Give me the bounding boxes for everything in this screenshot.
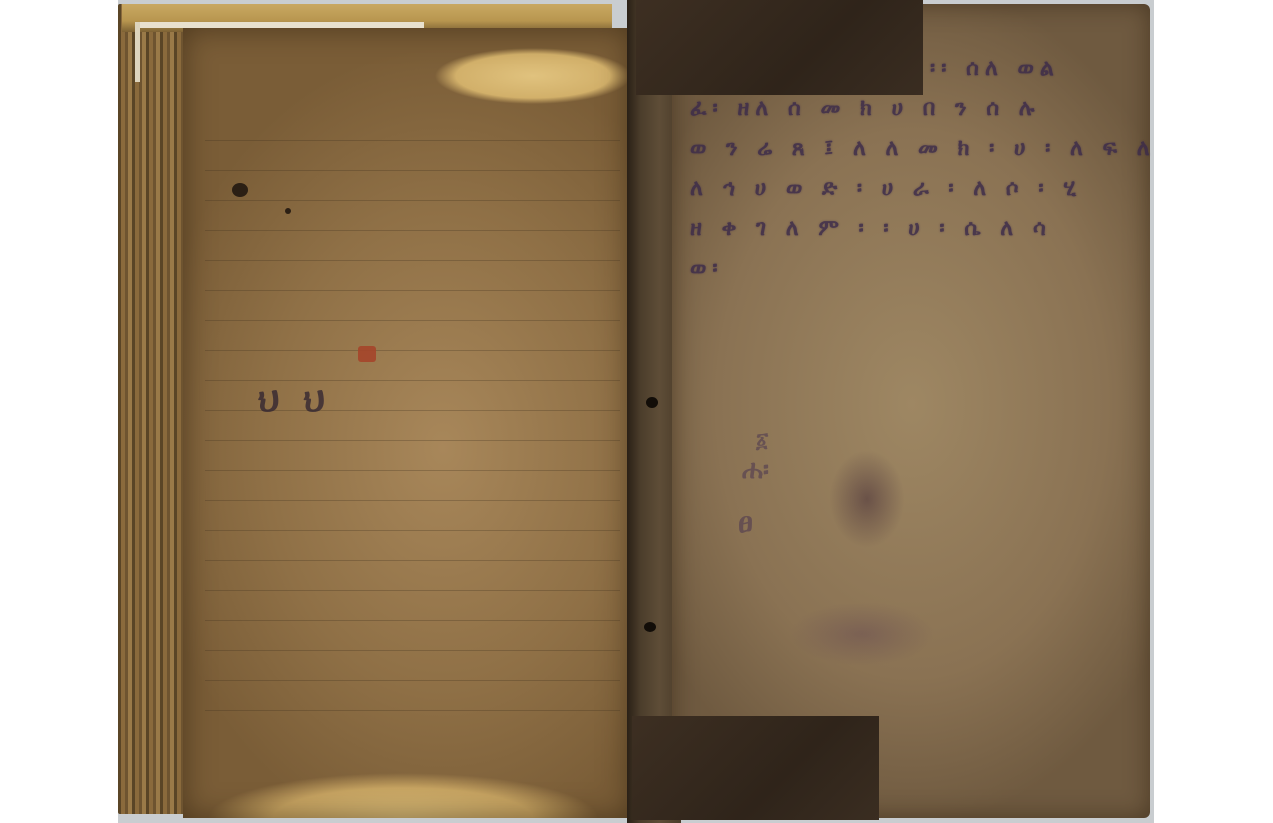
ruling-line — [205, 650, 620, 651]
sewing-hole — [646, 397, 658, 408]
ruling-line — [205, 350, 620, 351]
rubric-mark — [358, 346, 376, 362]
ruling-line — [205, 560, 620, 561]
quire-mark: ህህ — [258, 380, 349, 420]
text-line: ወ፡ — [690, 255, 1110, 289]
ruling-line — [205, 320, 620, 321]
ruling-line — [205, 140, 620, 141]
ruling-line — [205, 200, 620, 201]
ruling-line — [205, 680, 620, 681]
ruling-line — [205, 620, 620, 621]
left-page — [183, 28, 630, 818]
page-edge-highlight-vertical — [135, 22, 140, 82]
ruling-line — [205, 290, 620, 291]
ruling-line — [205, 260, 620, 261]
ruling-line — [205, 230, 620, 231]
text-line: ፈ፡ ዘለ ሰ መ ክ ሀ በ ን ሰ ሉ — [690, 95, 1110, 129]
ruling-line — [205, 710, 620, 711]
ink-stain — [232, 183, 248, 197]
text-line: ፡፡ ሰለ ወል — [690, 55, 1110, 89]
sewing-hole — [644, 622, 656, 632]
parchment-repair-patch-bottom — [632, 716, 879, 820]
text-line: ለ ኅ ሀ ወ ድ ፡ ሀ ራ ፡ ለ ሶ ፡ ሂ — [690, 175, 1110, 209]
manuscript-photo: ህህ ፡፡ ሰለ ወል ፈ፡ ዘለ ሰ መ ክ ሀ በ ን ሰ ሉ ወ ን ሬ … — [0, 0, 1273, 823]
text-line: ወ ን ሬ ጸ ፤ ለ ለ መ ክ ፡ ሀ ፡ ለ ፍ ለ — [690, 135, 1110, 169]
text-line: ዘ ቀ ገ ለ ም ፡ ፡ ሀ ፡ ሴ ለ ሳ — [690, 215, 1110, 249]
page-edges-stack — [118, 4, 193, 814]
ink-stain-small — [285, 208, 291, 214]
marginal-note: ፀ — [738, 505, 753, 540]
ruling-line — [205, 530, 620, 531]
ruling-line — [205, 590, 620, 591]
ruling-line — [205, 170, 620, 171]
marginal-note: ፩ — [756, 428, 768, 452]
ethiopic-text-block: ፡፡ ሰለ ወል ፈ፡ ዘለ ሰ መ ክ ሀ በ ን ሰ ሉ ወ ን ሬ ጸ ፤… — [690, 55, 1110, 295]
ruling-line — [205, 500, 620, 501]
ruling-line — [205, 440, 620, 441]
ruling-line — [205, 470, 620, 471]
marginal-note: ሐ፡ — [742, 455, 769, 486]
